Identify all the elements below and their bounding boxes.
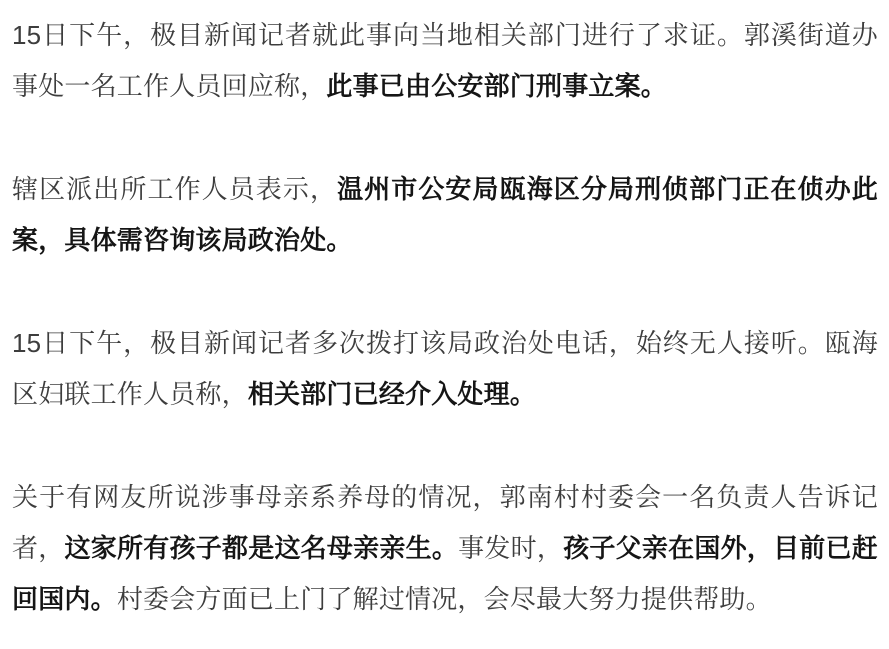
emphasis-text-run: 此事已由公安部门刑事立案。 bbox=[326, 71, 667, 101]
paragraph: 15日下午，极目新闻记者就此事向当地相关部门进行了求证。郭溪街道办事处一名工作人… bbox=[12, 10, 878, 112]
article-body: 15日下午，极目新闻记者就此事向当地相关部门进行了求证。郭溪街道办事处一名工作人… bbox=[0, 0, 889, 649]
paragraph: 辖区派出所工作人员表示，温州市公安局瓯海区分局刑侦部门正在侦办此案，具体需咨询该… bbox=[12, 164, 878, 266]
text-run: 事发时， bbox=[458, 533, 563, 563]
emphasis-text-run: 这家所有孩子都是这名母亲亲生。 bbox=[65, 533, 459, 563]
emphasis-text-run: 相关部门已经介入处理。 bbox=[248, 379, 536, 409]
paragraph: 15日下午，极目新闻记者多次拨打该局政治处电话，始终无人接听。瓯海区妇联工作人员… bbox=[12, 318, 878, 420]
paragraph: 关于有网友所说涉事母亲系养母的情况，郭南村村委会一名负责人告诉记者，这家所有孩子… bbox=[12, 472, 878, 625]
text-run: 村委会方面已上门了解过情况，会尽最大努力提供帮助。 bbox=[117, 584, 772, 614]
text-run: 辖区派出所工作人员表示， bbox=[12, 174, 337, 204]
